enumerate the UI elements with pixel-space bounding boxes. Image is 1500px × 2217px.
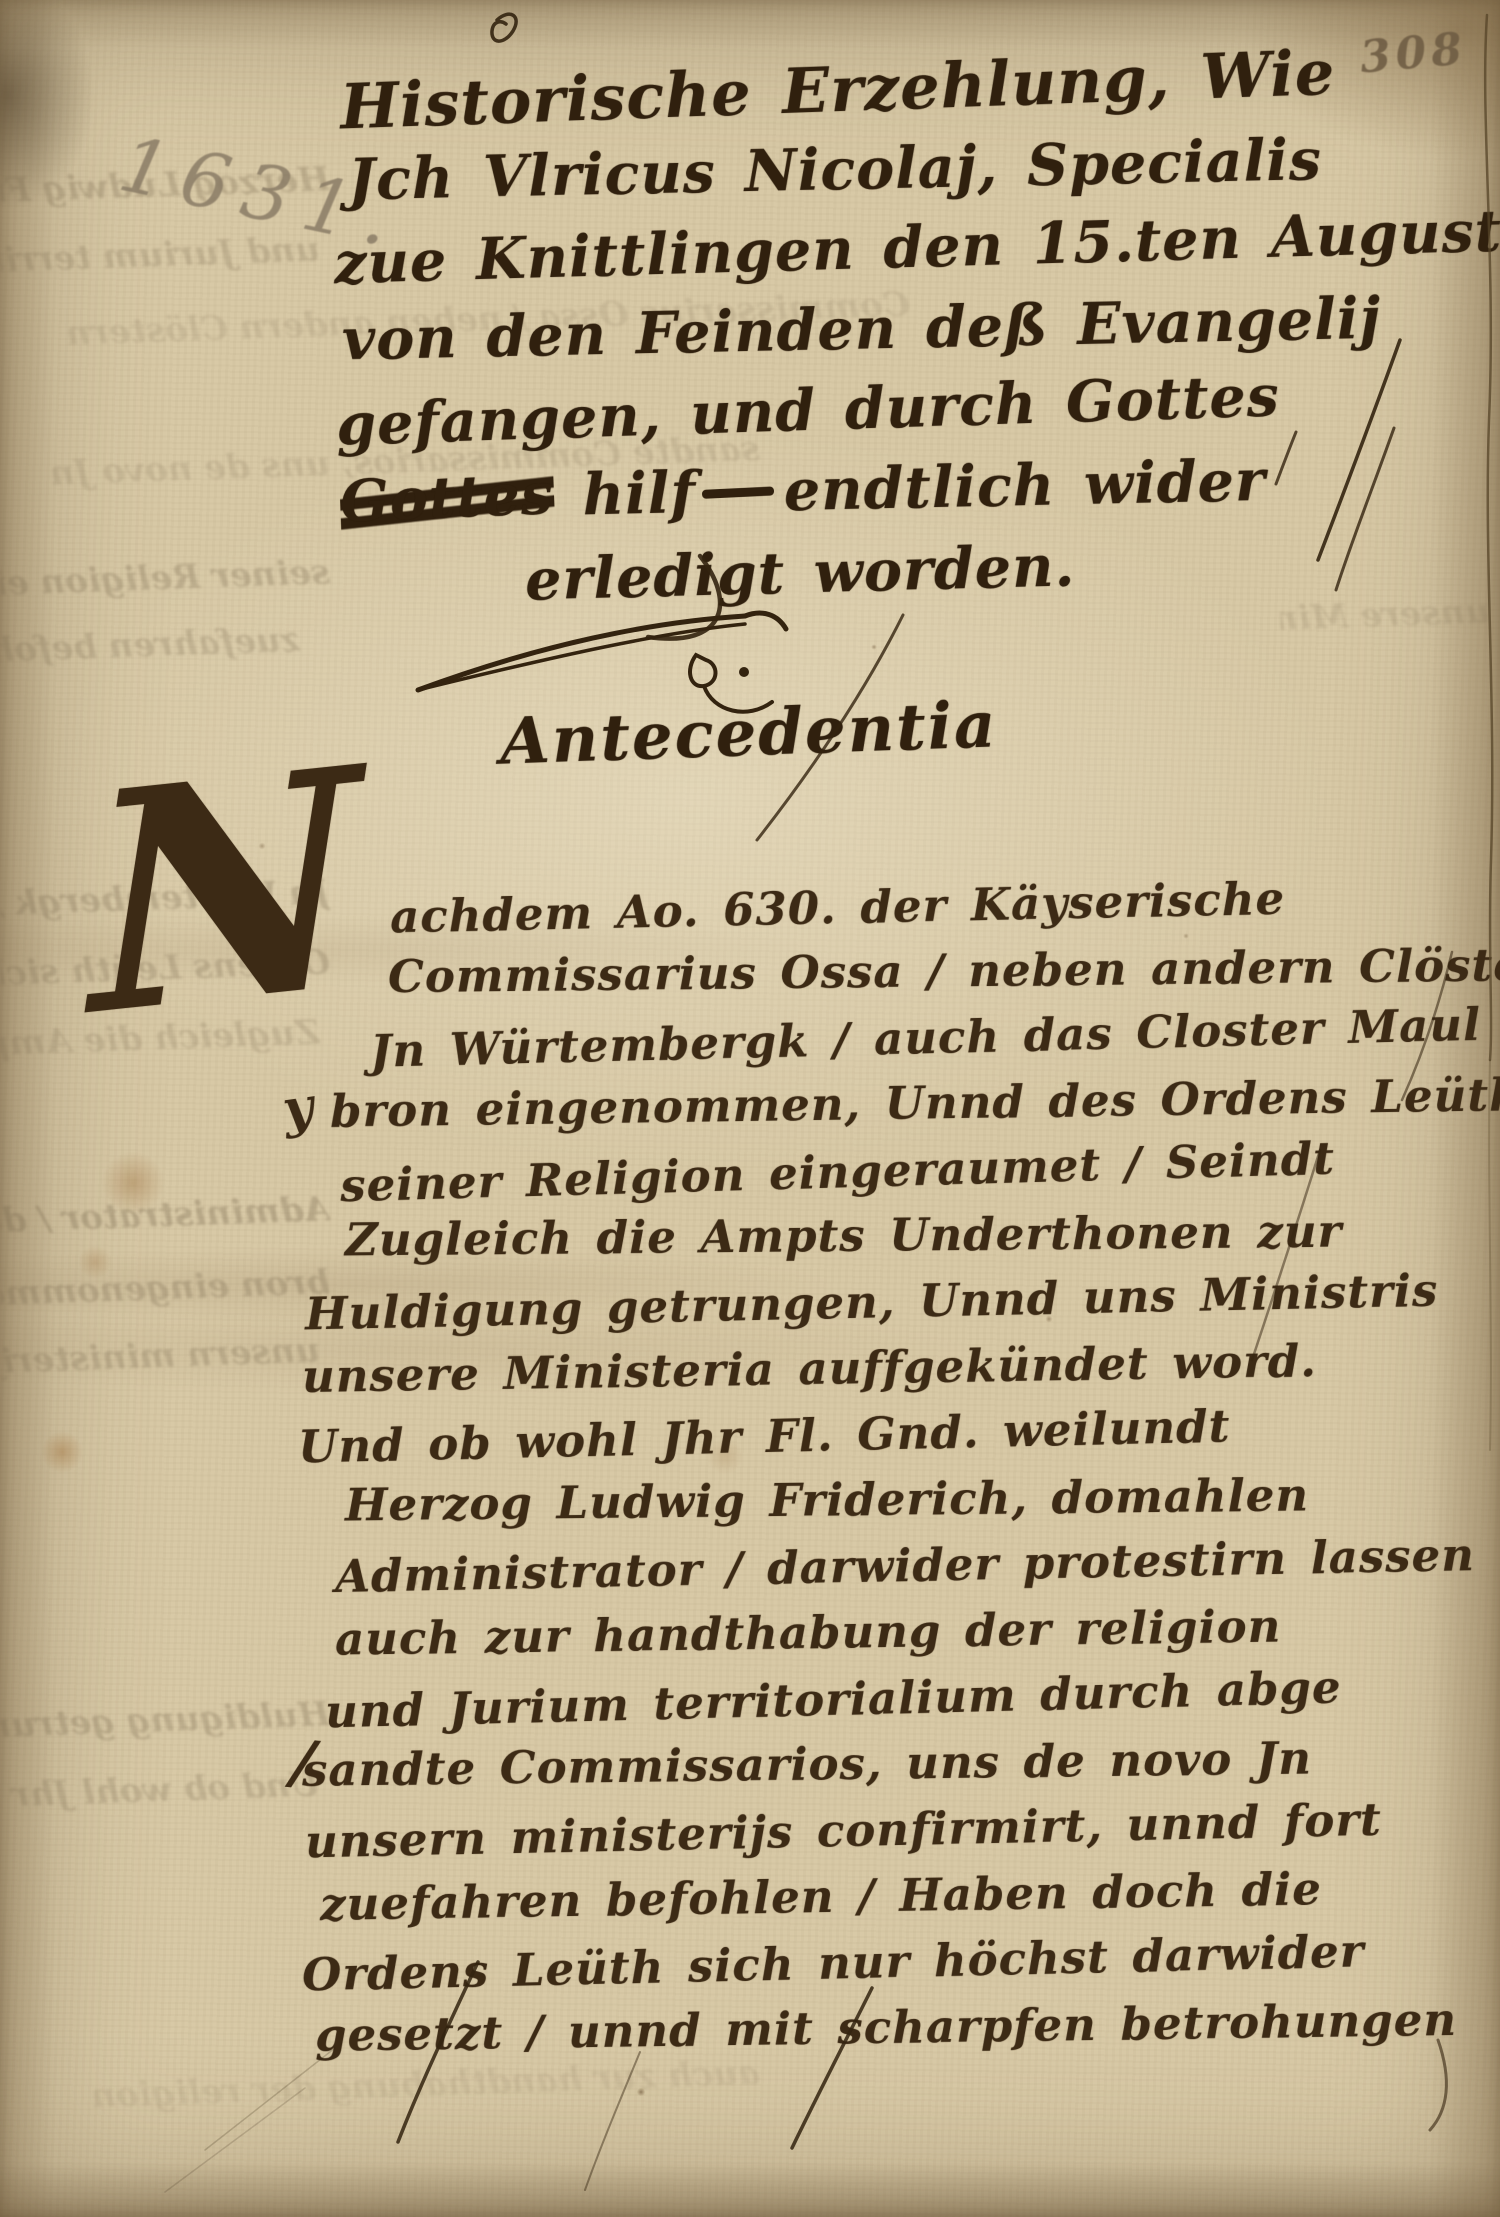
bleedthrough-text: bron eingenommen, Unnd des Ordens Leüthe… [0,1262,331,1313]
title-word: hilf [582,459,697,528]
scratch-mark [165,2088,305,2192]
bleedthrough-text: seiner Religion eingeraumet / Seindt [0,552,331,603]
manuscript-page: Herzog Ludwig Friderich, domahlen und Ju… [0,0,1500,2217]
body-text: achdem Ao. 630. der Käyserische Commissa… [330,872,1500,2060]
bleedthrough-text: unsern ministerijs confirmirt, unnd fort [0,1330,321,1381]
folio-number: 308 [1358,23,1469,83]
title-word: endtlich wider [783,447,1266,524]
insertion-dash [702,486,774,498]
title-block: Historische Erzehlung, Wie Jch Vlricus N… [340,50,1340,610]
struck-word: Gottes [339,454,556,542]
bleedthrough-text: Huldigung getrungen, Unnd uns Ministris [0,1694,331,1745]
descender-stroke [585,2052,640,2190]
initial-capital: N [84,727,367,1056]
title-flourish [492,14,516,41]
bleedthrough-text: Und ob wohl Jhr Fl. Gnd. weilundt [0,1764,321,1815]
margin-mark: y [279,1076,317,1141]
section-heading: Antecedentia [499,687,999,779]
divider-flourish [745,613,786,629]
title-line: erledigt worden. [524,519,1341,620]
bleedthrough-text: Administrator / darwider protestirn lass… [0,1189,331,1240]
virgule-stroke [1336,428,1394,590]
bleedthrough-text: zuefahren befohlen / Haben doch die [0,620,301,670]
paragraph-mark-dot [739,667,749,677]
divider-flourish [418,616,745,690]
divider-flourish [418,624,745,690]
paragraph-mark [690,655,716,686]
